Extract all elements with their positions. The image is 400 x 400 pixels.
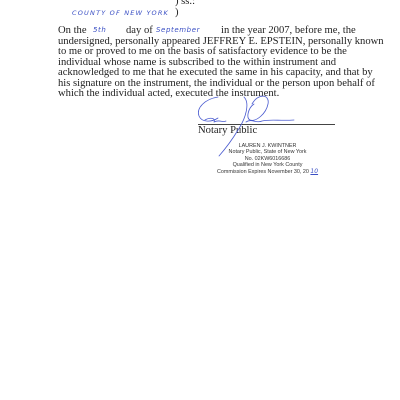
notary-signature-icon	[0, 0, 400, 400]
